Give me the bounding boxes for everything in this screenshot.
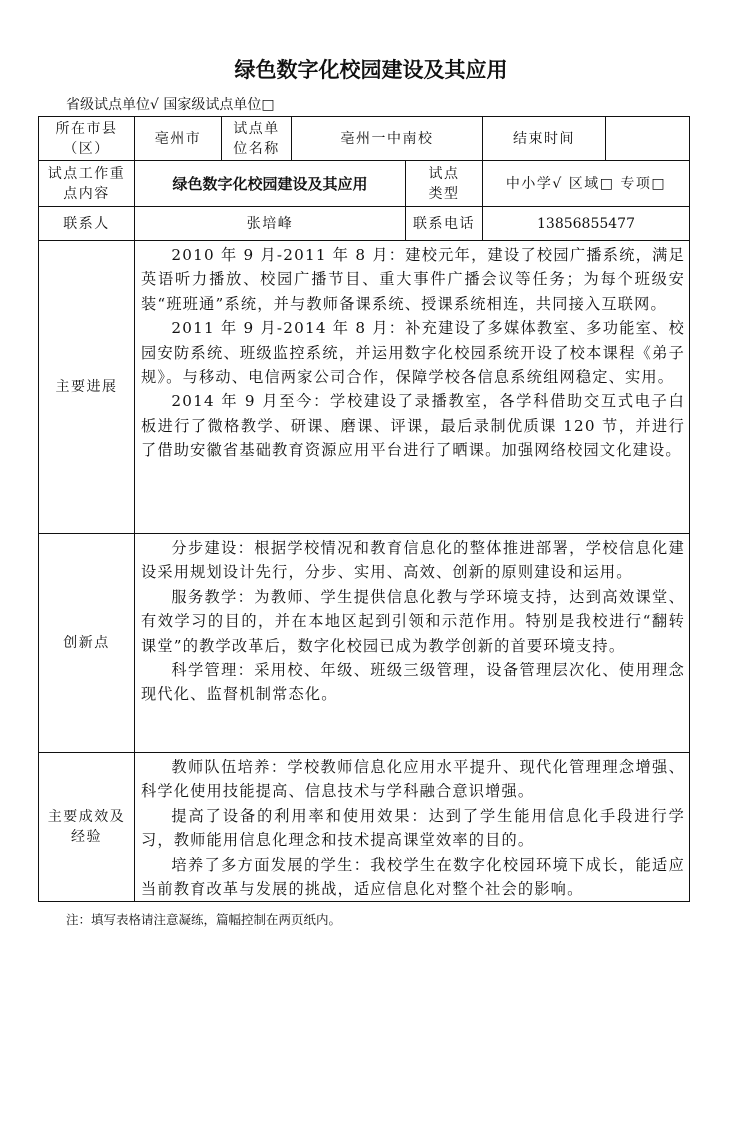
row-contact: 联系人 张培峰 联系电话 13856855477 xyxy=(39,207,690,241)
end-time-value xyxy=(606,117,690,161)
phone-label: 联系电话 xyxy=(406,207,483,241)
focus-label: 试点工作重点内容 xyxy=(39,161,135,207)
footnote: 注：填写表格请注意凝练，篇幅控制在两页纸内。 xyxy=(66,910,341,928)
progress-paragraph: 2010 年 9 月-2011 年 8 月：建校元年，建设了校园广播系统，满足英… xyxy=(141,243,685,316)
focus-value: 绿色数字化校园建设及其应用 xyxy=(135,161,406,207)
row-innovation: 创新点 分步建设：根据学校情况和教育信息化的整体推进部署，学校信息化建设采用规划… xyxy=(39,534,690,753)
city-value: 亳州市 xyxy=(135,117,222,161)
progress-paragraph: 2014 年 9 月至今：学校建设了录播教室，各学科借助交互式电子白板进行了微格… xyxy=(141,389,685,462)
pilot-info-table: 所在市县（区） 亳州市 试点单位名称 亳州一中南校 结束时间 试点工作重点内容 … xyxy=(38,116,690,902)
unit-label: 试点单位名称 xyxy=(222,117,292,161)
row-basic-info: 所在市县（区） 亳州市 试点单位名称 亳州一中南校 结束时间 xyxy=(39,117,690,161)
type-label: 试点类型 xyxy=(406,161,483,207)
row-focus: 试点工作重点内容 绿色数字化校园建设及其应用 试点类型 中小学√ 区域□ 专项□ xyxy=(39,161,690,207)
contact-label: 联系人 xyxy=(39,207,135,241)
innovation-paragraph: 分步建设：根据学校情况和教育信息化的整体推进部署，学校信息化建设采用规划设计先行… xyxy=(141,536,685,585)
results-label-line2: 经验 xyxy=(39,827,134,847)
progress-paragraph: 2011 年 9 月-2014 年 8 月：补充建设了多媒体教室、多功能室、校园… xyxy=(141,316,685,389)
innovation-paragraph: 科学管理：采用校、年级、班级三级管理，设备管理层次化、使用理念现代化、监督机制常… xyxy=(141,658,685,707)
results-content: 教师队伍培养：学校教师信息化应用水平提升、现代化管理理念增强、科学化使用技能提高… xyxy=(135,753,690,902)
innovation-content: 分步建设：根据学校情况和教育信息化的整体推进部署，学校信息化建设采用规划设计先行… xyxy=(135,534,690,753)
phone-value: 13856855477 xyxy=(483,207,690,241)
results-paragraph: 教师队伍培养：学校教师信息化应用水平提升、现代化管理理念增强、科学化使用技能提高… xyxy=(141,755,685,804)
results-label-line1: 主要成效及 xyxy=(39,807,134,827)
row-progress: 主要进展 2010 年 9 月-2011 年 8 月：建校元年，建设了校园广播系… xyxy=(39,241,690,534)
city-label: 所在市县（区） xyxy=(39,117,135,161)
innovation-paragraph: 服务教学：为教师、学生提供信息化教与学环境支持，达到高效课堂、有效学习的目的，并… xyxy=(141,585,685,658)
contact-value: 张培峰 xyxy=(135,207,406,241)
pilot-level-line: 省级试点单位√ 国家级试点单位□ xyxy=(66,94,275,114)
results-paragraph: 培养了多方面发展的学生：我校学生在数字化校园环境下成长，能适应当前教育改革与发展… xyxy=(141,853,685,902)
type-value: 中小学√ 区域□ 专项□ xyxy=(483,161,690,207)
row-results: 主要成效及 经验 教师队伍培养：学校教师信息化应用水平提升、现代化管理理念增强、… xyxy=(39,753,690,902)
document-title: 绿色数字化校园建设及其应用 xyxy=(0,54,742,84)
results-label: 主要成效及 经验 xyxy=(39,753,135,902)
progress-label: 主要进展 xyxy=(39,241,135,534)
unit-value: 亳州一中南校 xyxy=(292,117,483,161)
innovation-label: 创新点 xyxy=(39,534,135,753)
results-paragraph: 提高了设备的利用率和使用效果：达到了学生能用信息化手段进行学习，教师能用信息化理… xyxy=(141,804,685,853)
progress-content: 2010 年 9 月-2011 年 8 月：建校元年，建设了校园广播系统，满足英… xyxy=(135,241,690,534)
end-time-label: 结束时间 xyxy=(483,117,606,161)
